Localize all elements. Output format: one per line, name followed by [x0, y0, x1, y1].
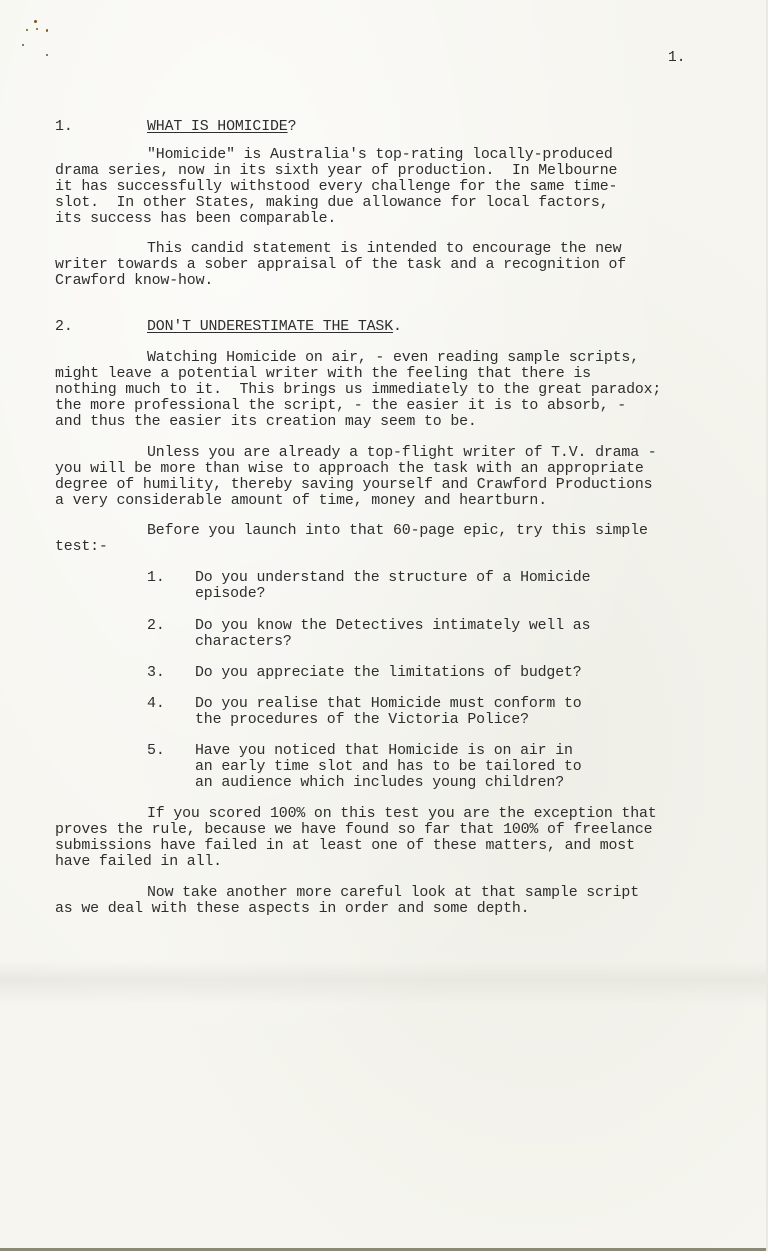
section-number: 2. [55, 319, 73, 335]
section-number: 1. [55, 119, 73, 135]
test-item-line: Do you understand the structure of a Hom… [195, 570, 590, 586]
section-heading: DON'T UNDERESTIMATE THE TASK. [147, 319, 402, 335]
section-title: DON'T UNDERESTIMATE THE TASK [147, 319, 393, 335]
test-item-number: 3. [147, 665, 165, 681]
paragraph-line: it has successfully withstood every chal… [55, 179, 617, 195]
paragraph-line: Watching Homicide on air, - even reading… [147, 350, 639, 366]
test-item-line: Do you appreciate the limitations of bud… [195, 665, 582, 681]
paragraph-line: submissions have failed in at least one … [55, 838, 635, 854]
paragraph-line: and thus the easier its creation may see… [55, 414, 477, 430]
paragraph-line: This candid statement is intended to enc… [147, 241, 621, 257]
paragraph-line: Now take another more careful look at th… [147, 885, 639, 901]
paragraph-line: slot. In other States, making due allowa… [55, 195, 609, 211]
section-heading: WHAT IS HOMICIDE? [147, 119, 296, 135]
section-title-suffix: ? [288, 119, 297, 135]
test-item-line: an audience which includes young childre… [195, 775, 564, 791]
paragraph-line: a very considerable amount of time, mone… [55, 493, 547, 509]
test-item-line: Do you realise that Homicide must confor… [195, 696, 582, 712]
paragraph-line: its success has been comparable. [55, 211, 336, 227]
paragraph-line: If you scored 100% on this test you are … [147, 806, 657, 822]
paragraph-line: "Homicide" is Australia's top-rating loc… [147, 147, 613, 163]
test-item-line: Have you noticed that Homicide is on air… [195, 743, 573, 759]
section-title: WHAT IS HOMICIDE [147, 119, 288, 135]
paragraph-line: as we deal with these aspects in order a… [55, 901, 529, 917]
section-title-suffix: . [393, 319, 402, 335]
paragraph-line: writer towards a sober appraisal of the … [55, 257, 626, 273]
paragraph-line: drama series, now in its sixth year of p… [55, 163, 617, 179]
test-item-line: episode? [195, 586, 265, 602]
document-page: 1. 1. WHAT IS HOMICIDE? "Homicide" is Au… [0, 0, 766, 1251]
test-item-number: 4. [147, 696, 165, 712]
test-item-line: an early time slot and has to be tailore… [195, 759, 582, 775]
test-item-line: characters? [195, 634, 292, 650]
test-item-line: Do you know the Detectives intimately we… [195, 618, 590, 634]
paragraph-line: the more professional the script, - the … [55, 398, 626, 414]
paragraph-line: Before you launch into that 60-page epic… [147, 523, 648, 539]
paragraph-line: you will be more than wise to approach t… [55, 461, 644, 477]
paragraph-line: proves the rule, because we have found s… [55, 822, 652, 838]
test-item-line: the procedures of the Victoria Police? [195, 712, 529, 728]
paragraph-line: Crawford know-how. [55, 273, 213, 289]
paper-specks [22, 16, 62, 66]
paragraph-line: might leave a potential writer with the … [55, 366, 591, 382]
test-item-number: 1. [147, 570, 165, 586]
paragraph-line: test:- [55, 539, 108, 555]
paragraph-line: degree of humility, thereby saving yours… [55, 477, 652, 493]
paragraph-line: have failed in all. [55, 854, 222, 870]
paragraph-line: Unless you are already a top-flight writ… [147, 445, 657, 461]
page-number: 1. [668, 50, 685, 66]
test-item-number: 2. [147, 618, 165, 634]
test-item-number: 5. [147, 743, 165, 759]
paragraph-line: nothing much to it. This brings us immed… [55, 382, 661, 398]
